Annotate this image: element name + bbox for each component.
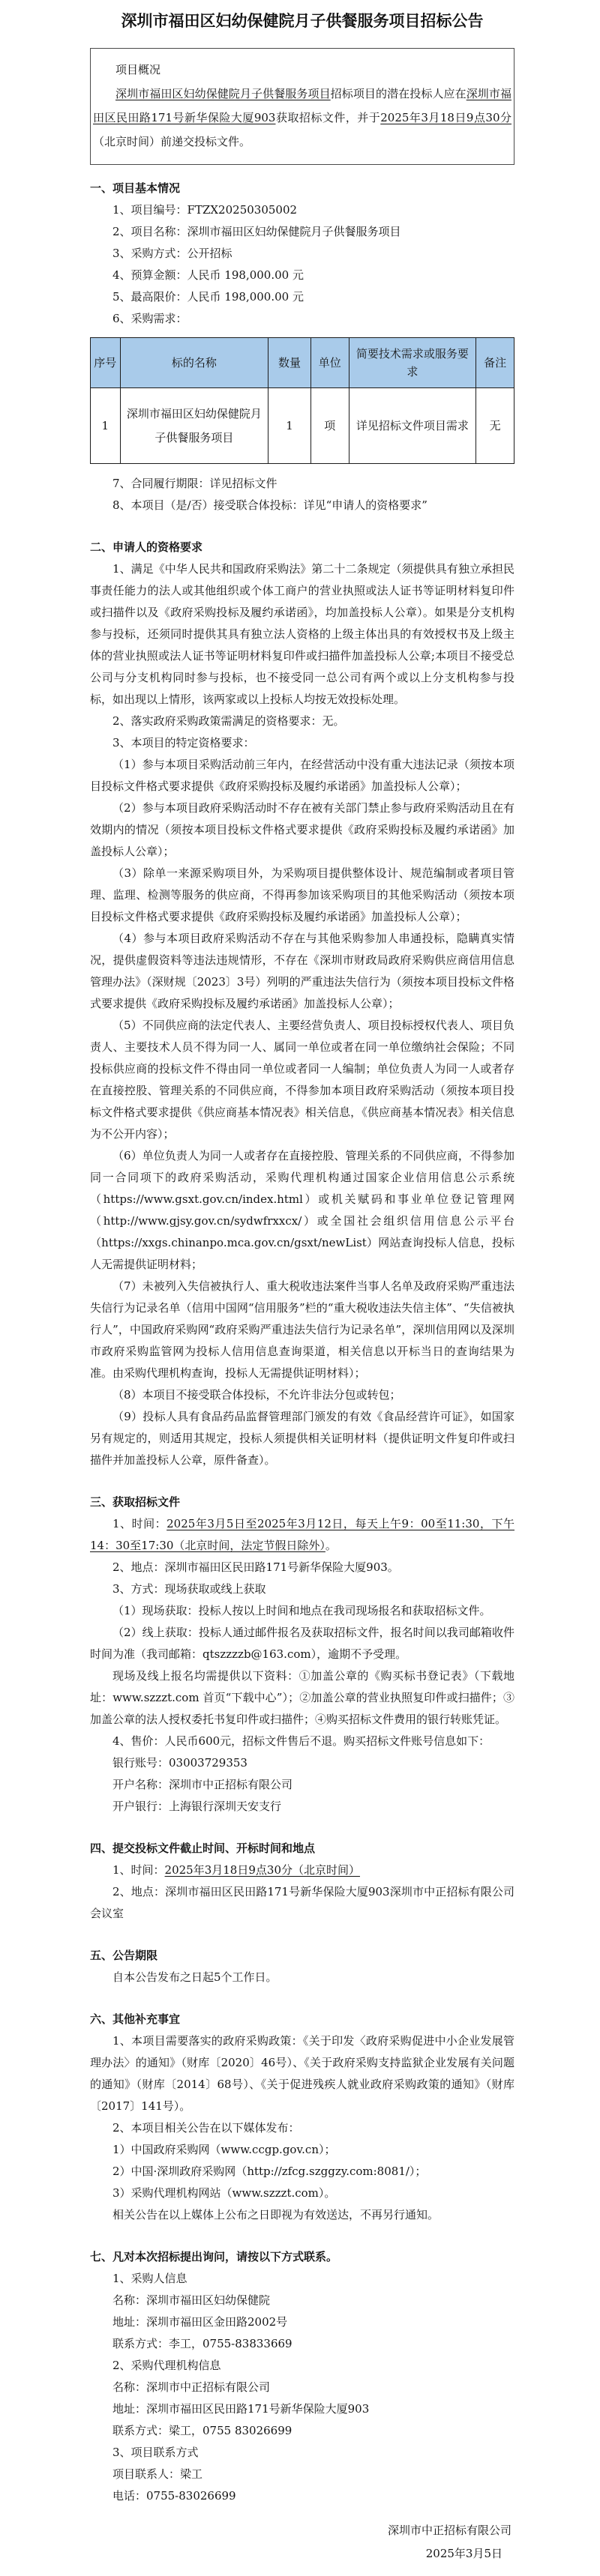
section: 三、获取招标文件1、时间：2025年3月5日至2025年3月12日，每天上午9：… <box>90 1491 514 1818</box>
paragraph: 2、地点：深圳市福田区民田路171号新华保险大厦903。 <box>90 1557 514 1578</box>
paragraph: 2、地点：深圳市福田区民田路171号新华保险大厦903深圳市中正招标有限公司会议… <box>90 1881 514 1925</box>
paragraph: 联系方式：李工，0755-83833669 <box>90 2333 514 2355</box>
paragraph: （6）单位负责人为同一人或者存在直接控股、管理关系的不同供应商，不得参加同一合同… <box>90 1145 514 1276</box>
paragraph: 3、项目联系方式 <box>90 2442 514 2464</box>
section: 二、申请人的资格要求1、满足《中华人民共和国政府采购法》第二十二条规定（须提供具… <box>90 536 514 1471</box>
paragraph: 5、最高限价：人民币 198,000.00 元 <box>90 286 514 308</box>
text-segment: 2）中国·深圳政府采购网（http://zfcg.szggzy.com:8081… <box>112 2165 426 2178</box>
text-segment: 4、售价：人民币600元，招标文件售后不退。购买招标文件账号信息如下： <box>112 1734 490 1748</box>
paragraph: 相关公告在以上媒体上公布之日即视为有效送达，不再另行通知。 <box>90 2204 514 2226</box>
section-heading: 六、其他补充事宜 <box>90 2008 514 2030</box>
section-heading: 四、提交投标文件截止时间、开标时间和地点 <box>90 1837 514 1859</box>
paragraph: 自本公告发布之日起5个工作日。 <box>90 1967 514 1988</box>
paragraph: 1、采购人信息 <box>90 2268 514 2290</box>
text-segment: 3）采购代理机构网站（www.szzzt.com）。 <box>112 2186 335 2200</box>
text-segment: 开户名称：深圳市中正招标有限公司 <box>112 1778 292 1791</box>
text-segment: （7）未被列入失信被执行人、重大税收违法案件当事人名单及政府采购严重违法失信行为… <box>90 1279 514 1380</box>
text-segment: 2、本项目相关公告在以下媒体发布： <box>112 2121 300 2135</box>
paragraph: 开户银行：上海银行深圳天安支行 <box>90 1796 514 1818</box>
table-header-cell: 标的名称 <box>120 338 268 388</box>
text-segment: 电话：0755-83026699 <box>112 2489 236 2503</box>
text-segment: 联系方式：梁工，0755 83026699 <box>112 2424 292 2437</box>
text-segment: 4、预算金额：人民币 198,000.00 元 <box>112 268 304 282</box>
text-segment: 名称：深圳市福田区妇幼保健院 <box>112 2293 270 2307</box>
text-segment: 联系方式：李工，0755-83833669 <box>112 2337 292 2350</box>
paragraph: （7）未被列入失信被执行人、重大税收违法案件当事人名单及政府采购严重违法失信行为… <box>90 1276 514 1384</box>
text-segment: 1、本项目需要落实的政府采购政策：《关于印发〈政府采购促进中小企业发展管理办法〉… <box>90 2034 514 2113</box>
paragraph: 3）采购代理机构网站（www.szzzt.com）。 <box>90 2183 514 2204</box>
paragraph: 1、本项目需要落实的政府采购政策：《关于印发〈政府采购促进中小企业发展管理办法〉… <box>90 2030 514 2117</box>
paragraph: 联系方式：梁工，0755 83026699 <box>90 2420 514 2442</box>
text-segment: 2、项目名称：深圳市福田区妇幼保健院月子供餐服务项目 <box>112 225 401 238</box>
paragraph: 1、时间：2025年3月5日至2025年3月12日，每天上午9：00至11:30… <box>90 1513 514 1557</box>
paragraph: 8、本项目（是/否）接受联合体投标：详见“申请人的资格要求” <box>90 495 514 516</box>
text-segment: 3、方式：现场获取或线上获取 <box>112 1582 266 1596</box>
paragraph: 6、采购需求： <box>90 308 514 330</box>
text-segment: 开户银行：上海银行深圳天安支行 <box>112 1800 281 1813</box>
text-segment: 名称：深圳市中正招标有限公司 <box>112 2380 270 2394</box>
table-cell: 1 <box>268 388 311 464</box>
text-segment: 1）中国政府采购网（www.ccgp.gov.cn）； <box>112 2143 335 2156</box>
overview-box: 项目概况 深圳市福田区妇幼保健院月子供餐服务项目招标项目的潜在投标人应在深圳市福… <box>90 48 514 165</box>
overview-paragraph: 深圳市福田区妇幼保健院月子供餐服务项目招标项目的潜在投标人应在深圳市福田区民田路… <box>93 82 511 154</box>
text-segment: （北京时间）前递交投标文件。 <box>93 135 250 148</box>
paragraph: 2）中国·深圳政府采购网（http://zfcg.szggzy.com:8081… <box>90 2161 514 2183</box>
paragraph: 地址：深圳市福田区金田路2002号 <box>90 2311 514 2333</box>
paragraph: 银行账号：03003729353 <box>90 1752 514 1774</box>
paragraph: 4、售价：人民币600元，招标文件售后不退。购买招标文件账号信息如下： <box>90 1731 514 1752</box>
text-segment: 地址：深圳市福田区金田路2002号 <box>112 2315 287 2329</box>
section-heading: 一、项目基本情况 <box>90 177 514 199</box>
text-segment: 8、本项目（是/否）接受联合体投标：详见“申请人的资格要求” <box>112 498 427 512</box>
text-segment: 获取招标文件，并于 <box>275 111 380 124</box>
underlined-text: 2025年3月18日9点30分 <box>380 111 511 124</box>
table-row: 1深圳市福田区妇幼保健院月子供餐服务项目1项详见招标文件项目需求无 <box>91 388 514 464</box>
table-header-cell: 备注 <box>476 338 514 388</box>
paragraph: （9）投标人具有食品药品监督管理部门颁发的有效《食品经营许可证》，如国家另有规定… <box>90 1406 514 1471</box>
paragraph: 1、时间：2025年3月18日9点30分（北京时间） <box>90 1859 514 1881</box>
paragraph: 2、项目名称：深圳市福田区妇幼保健院月子供餐服务项目 <box>90 221 514 243</box>
table-header-row: 序号标的名称数量单位简要技术需求或服务要求备注 <box>91 338 514 388</box>
section-heading: 五、公告期限 <box>90 1944 514 1967</box>
section: 四、提交投标文件截止时间、开标时间和地点1、时间：2025年3月18日9点30分… <box>90 1837 514 1925</box>
text-segment: 银行账号：03003729353 <box>112 1756 247 1770</box>
table-header-cell: 序号 <box>91 338 121 388</box>
paragraph: 3、本项目的特定资格要求： <box>90 732 514 754</box>
text-segment: （5）不同供应商的法定代表人、主要经营负责人、项目投标授权代表人、项目负责人、主… <box>90 1019 514 1141</box>
paragraph: 名称：深圳市福田区妇幼保健院 <box>90 2290 514 2311</box>
text-segment: 3、本项目的特定资格要求： <box>112 736 255 749</box>
text-segment: 招标项目的潜在投标人应在 <box>331 87 466 100</box>
text-segment: 5、最高限价：人民币 198,000.00 元 <box>112 290 304 304</box>
text-segment: （8）本项目不接受联合体投标，不允许非法分包或转包； <box>112 1388 401 1402</box>
section: 一、项目基本情况1、项目编号：FTZX202503050022、项目名称：深圳市… <box>90 177 514 516</box>
text-segment: 2、地点：深圳市福田区民田路171号新华保险大厦903。 <box>112 1560 399 1574</box>
table-header-cell: 数量 <box>268 338 311 388</box>
section: 六、其他补充事宜1、本项目需要落实的政府采购政策：《关于印发〈政府采购促进中小企… <box>90 2008 514 2226</box>
text-segment: 1、采购人信息 <box>112 2272 187 2285</box>
paragraph: 现场及线上报名均需提供以下资料：①加盖公章的《购买标书登记表》（下载地址：www… <box>90 1665 514 1731</box>
table-header-cell: 单位 <box>310 338 349 388</box>
paragraph: （2）线上获取：投标人通过邮件报名及获取招标文件，报名时间以我司邮箱收件时间为准… <box>90 1622 514 1665</box>
paragraph: （3）除单一来源采购项目外，为采购项目提供整体设计、规范编制或者项目管理、监理、… <box>90 863 514 928</box>
paragraph: （1）现场获取：投标人按以上时间和地点在我司现场报名和获取招标文件。 <box>90 1600 514 1622</box>
paragraph: 3、采购方式：公开招标 <box>90 243 514 265</box>
paragraph: 2、采购代理机构信息 <box>90 2355 514 2377</box>
footer-company: 深圳市中正招标有限公司 <box>90 2519 514 2542</box>
table-cell: 1 <box>91 388 121 464</box>
sections-container: 一、项目基本情况1、项目编号：FTZX202503050022、项目名称：深圳市… <box>90 177 514 2507</box>
paragraph: 3、方式：现场获取或线上获取 <box>90 1578 514 1600</box>
paragraph: （8）本项目不接受联合体投标，不允许非法分包或转包； <box>90 1384 514 1406</box>
table-header-cell: 简要技术需求或服务要求 <box>349 338 476 388</box>
table-cell: 无 <box>476 388 514 464</box>
paragraph: 电话：0755-83026699 <box>90 2485 514 2507</box>
paragraph: 项目联系人：梁工 <box>90 2464 514 2485</box>
section: 七、凡对本次招标提出询问，请按以下方式联系。1、采购人信息名称：深圳市福田区妇幼… <box>90 2245 514 2507</box>
underlined-text: 2025年3月18日9点30分（北京时间） <box>165 1863 360 1877</box>
text-segment: 地址：深圳市福田区民田路171号新华保险大厦903 <box>112 2402 369 2416</box>
paragraph: 2、本项目相关公告在以下媒体发布： <box>90 2117 514 2139</box>
paragraph: 1、满足《中华人民共和国政府采购法》第二十二条规定（须提供具有独立承担民事责任能… <box>90 558 514 711</box>
table-cell: 深圳市福田区妇幼保健院月子供餐服务项目 <box>120 388 268 464</box>
underlined-text: 深圳市福田区妇幼保健院月子供餐服务项目 <box>115 87 331 100</box>
text-segment: 7、合同履行期限：详见招标文件 <box>112 477 277 490</box>
text-segment: （1）参与本项目采购活动前三年内，在经营活动中没有重大违法记录（须按本项目投标文… <box>90 758 514 793</box>
text-segment: 1、满足《中华人民共和国政府采购法》第二十二条规定（须提供具有独立承担民事责任能… <box>90 562 514 706</box>
text-segment: 现场及线上报名均需提供以下资料：①加盖公章的《购买标书登记表》（下载地址：www… <box>90 1669 514 1726</box>
paragraph: （2）参与本项目政府采购活动时不存在被有关部门禁止参与政府采购活动且在有效期内的… <box>90 797 514 863</box>
text-segment: 3、项目联系方式 <box>112 2446 199 2459</box>
paragraph: （5）不同供应商的法定代表人、主要经营负责人、项目投标授权代表人、项目负责人、主… <box>90 1015 514 1145</box>
page-title: 深圳市福田区妇幼保健院月子供餐服务项目招标公告 <box>90 10 514 31</box>
table-cell: 项 <box>310 388 349 464</box>
text-segment: （3）除单一来源采购项目外，为采购项目提供整体设计、规范编制或者项目管理、监理、… <box>90 866 514 923</box>
footer-date: 2025年3月5日 <box>90 2542 514 2566</box>
text-segment: 2、落实政府采购政策需满足的资格要求：无。 <box>112 714 345 728</box>
text-segment: 1、时间： <box>112 1863 165 1877</box>
paragraph: 地址：深圳市福田区民田路171号新华保险大厦903 <box>90 2398 514 2420</box>
text-segment: 2、地点：深圳市福田区民田路171号新华保险大厦903深圳市中正招标有限公司会议… <box>90 1885 514 1920</box>
text-segment: 2、采购代理机构信息 <box>112 2359 221 2372</box>
text-segment: 项目联系人：梁工 <box>112 2467 202 2481</box>
announcement-document: 深圳市福田区妇幼保健院月子供餐服务项目招标公告 项目概况 深圳市福田区妇幼保健院… <box>90 0 514 2576</box>
text-segment: 1、时间： <box>112 1517 166 1530</box>
table-cell: 详见招标文件项目需求 <box>349 388 476 464</box>
paragraph: 开户名称：深圳市中正招标有限公司 <box>90 1774 514 1796</box>
paragraph: 名称：深圳市中正招标有限公司 <box>90 2377 514 2398</box>
text-segment: 3、采购方式：公开招标 <box>112 247 232 260</box>
text-segment: 相关公告在以上媒体上公布之日即视为有效送达，不再另行通知。 <box>112 2208 439 2221</box>
section-heading: 七、凡对本次招标提出询问，请按以下方式联系。 <box>90 2245 514 2268</box>
text-segment: 。 <box>325 1539 337 1552</box>
text-segment: （2）参与本项目政府采购活动时不存在被有关部门禁止参与政府采购活动且在有效期内的… <box>90 801 514 858</box>
paragraph: 1、项目编号：FTZX20250305002 <box>90 199 514 221</box>
footer: 深圳市中正招标有限公司 2025年3月5日 <box>90 2519 514 2566</box>
procurement-table: 序号标的名称数量单位简要技术需求或服务要求备注1深圳市福田区妇幼保健院月子供餐服… <box>90 337 514 464</box>
paragraph: 7、合同履行期限：详见招标文件 <box>90 473 514 495</box>
text-segment: （9）投标人具有食品药品监督管理部门颁发的有效《食品经营许可证》，如国家另有规定… <box>90 1410 514 1467</box>
text-segment: 1、项目编号：FTZX20250305002 <box>112 203 297 217</box>
section-heading: 二、申请人的资格要求 <box>90 536 514 558</box>
paragraph: 2、落实政府采购政策需满足的资格要求：无。 <box>90 711 514 732</box>
paragraph: 1）中国政府采购网（www.ccgp.gov.cn）； <box>90 2139 514 2161</box>
text-segment: （1）现场获取：投标人按以上时间和地点在我司现场报名和获取招标文件。 <box>112 1604 491 1617</box>
text-segment: 6、采购需求： <box>112 312 187 325</box>
paragraph: 4、预算金额：人民币 198,000.00 元 <box>90 265 514 286</box>
paragraph: （4）参与本项目政府采购活动不存在与其他采购参加人串通投标，隐瞒真实情况，提供虚… <box>90 928 514 1015</box>
overview-heading: 项目概况 <box>93 58 511 82</box>
text-segment: （6）单位负责人为同一人或者存在直接控股、管理关系的不同供应商，不得参加同一合同… <box>90 1149 514 1271</box>
text-segment: （2）线上获取：投标人通过邮件报名及获取招标文件，报名时间以我司邮箱收件时间为准… <box>90 1626 514 1661</box>
paragraph: （1）参与本项目采购活动前三年内，在经营活动中没有重大违法记录（须按本项目投标文… <box>90 754 514 797</box>
section: 五、公告期限自本公告发布之日起5个工作日。 <box>90 1944 514 1988</box>
section-heading: 三、获取招标文件 <box>90 1491 514 1513</box>
text-segment: 自本公告发布之日起5个工作日。 <box>112 1970 277 1984</box>
text-segment: （4）参与本项目政府采购活动不存在与其他采购参加人串通投标，隐瞒真实情况，提供虚… <box>90 932 514 1010</box>
